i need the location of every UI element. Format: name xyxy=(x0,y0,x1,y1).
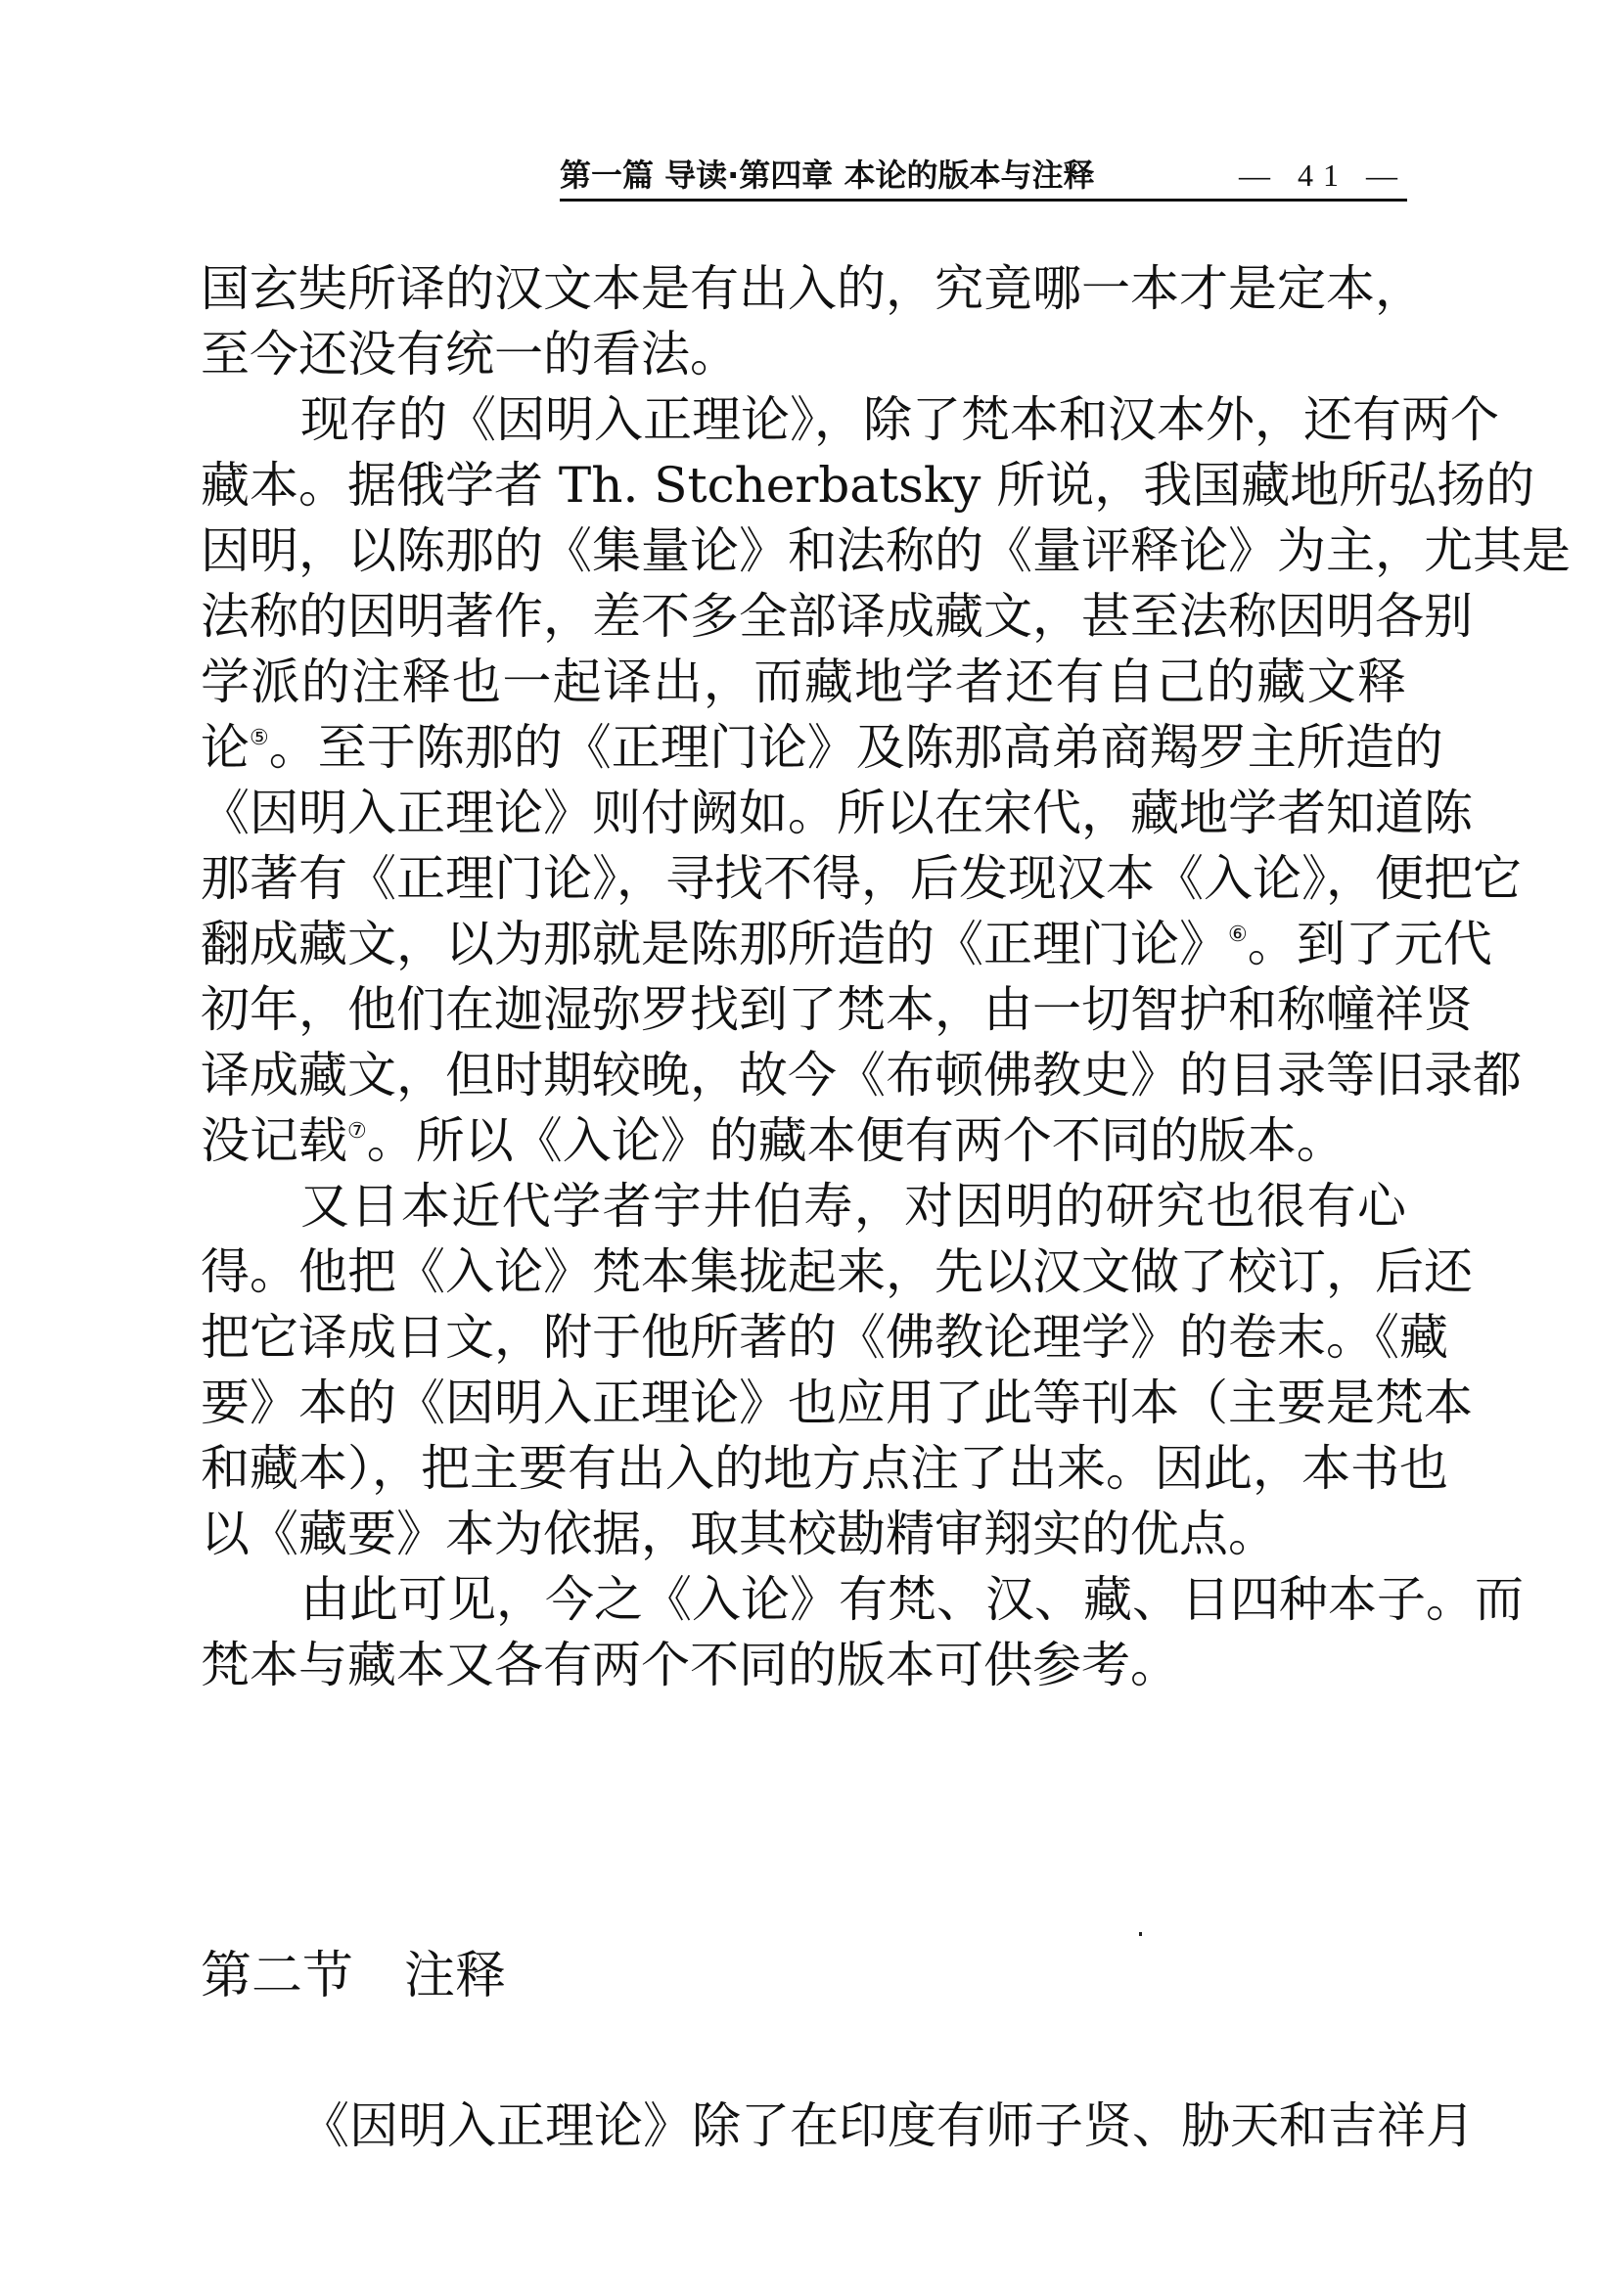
text-line: 由此可见，今之《入论》有梵、汉、藏、日四种本子。而 xyxy=(201,1567,1406,1633)
paragraph: 现存的《因明入正理论》，除了梵本和汉本外，还有两个藏本。据俄学者 Th. Stc… xyxy=(201,387,1406,1174)
text-line: 藏本。据俄学者 Th. Stcherbatsky 所说，我国藏地所弘扬的 xyxy=(201,453,1406,518)
text-line: 《因明入正理论》则付阙如。所以在宋代，藏地学者知道陈 xyxy=(201,781,1406,846)
text-line: 翻成藏文，以为那就是陈那所造的《正理门论》⑥。到了元代 xyxy=(201,912,1406,977)
section-heading: 第二节 注释 xyxy=(201,1942,506,2010)
paragraph: 《因明入正理论》除了在印度有师子贤、胁天和吉祥月 xyxy=(201,2093,1406,2159)
text-line: 把它译成日文，附于他所著的《佛教论理学》的卷末。《藏 xyxy=(201,1305,1406,1371)
final-paragraph: 《因明入正理论》除了在印度有师子贤、胁天和吉祥月 xyxy=(201,2093,1406,2159)
text-line: 又日本近代学者宇井伯寿，对因明的研究也很有心 xyxy=(201,1174,1406,1239)
footnote-marker[interactable]: ⑤ xyxy=(250,726,269,750)
text-line: 论⑤。至于陈那的《正理门论》及陈那高弟商羯罗主所造的 xyxy=(201,715,1406,781)
text-line: 至今还没有统一的看法。 xyxy=(201,322,1406,387)
print-speck xyxy=(1139,1932,1142,1936)
text-line: 现存的《因明入正理论》，除了梵本和汉本外，还有两个 xyxy=(201,387,1406,453)
running-head-title: 第一篇 导读·第四章 本论的版本与注释 xyxy=(560,156,1094,195)
text-line: 译成藏文，但时期较晚，故今《布顿佛教史》的目录等旧录都 xyxy=(201,1043,1406,1108)
text-line: 国玄奘所译的汉文本是有出入的，究竟哪一本才是定本， xyxy=(201,256,1406,322)
text-line: 梵本与藏本又各有两个不同的版本可供参考。 xyxy=(201,1633,1406,1698)
text-line: 法称的因明著作，差不多全部译成藏文，甚至法称因明各别 xyxy=(201,584,1406,650)
paragraph: 又日本近代学者宇井伯寿，对因明的研究也很有心得。他把《入论》梵本集拢起来，先以汉… xyxy=(201,1174,1406,1567)
footnote-marker[interactable]: ⑥ xyxy=(1228,923,1248,947)
text-line: 得。他把《入论》梵本集拢起来，先以汉文做了校订，后还 xyxy=(201,1239,1406,1305)
text-line: 因明，以陈那的《集量论》和法称的《量评释论》为主，尤其是 xyxy=(201,518,1406,584)
page-number: — 41 — xyxy=(1239,156,1407,195)
text-line: 学派的注释也一起译出，而藏地学者还有自己的藏文释 xyxy=(201,650,1406,715)
paragraph: 由此可见，今之《入论》有梵、汉、藏、日四种本子。而梵本与藏本又各有两个不同的版本… xyxy=(201,1567,1406,1698)
text-line: 以《藏要》本为依据，取其校勘精审翔实的优点。 xyxy=(201,1502,1406,1567)
text-line: 要》本的《因明入正理论》也应用了此等刊本（主要是梵本 xyxy=(201,1371,1406,1436)
text-line: 没记载⑦。所以《入论》的藏本便有两个不同的版本。 xyxy=(201,1108,1406,1174)
text-line: 那著有《正理门论》，寻找不得，后发现汉本《入论》，便把它 xyxy=(201,846,1406,912)
paragraph: 国玄奘所译的汉文本是有出入的，究竟哪一本才是定本，至今还没有统一的看法。 xyxy=(201,256,1406,387)
text-line: 《因明入正理论》除了在印度有师子贤、胁天和吉祥月 xyxy=(201,2093,1406,2159)
body-text: 国玄奘所译的汉文本是有出入的，究竟哪一本才是定本，至今还没有统一的看法。现存的《… xyxy=(201,256,1406,1698)
text-line: 初年，他们在迦湿弥罗找到了梵本，由一切智护和称幢祥贤 xyxy=(201,977,1406,1043)
text-line: 和藏本），把主要有出入的地方点注了出来。因此，本书也 xyxy=(201,1436,1406,1502)
running-head: 第一篇 导读·第四章 本论的版本与注释 — 41 — xyxy=(560,157,1407,202)
footnote-marker[interactable]: ⑦ xyxy=(347,1119,367,1144)
